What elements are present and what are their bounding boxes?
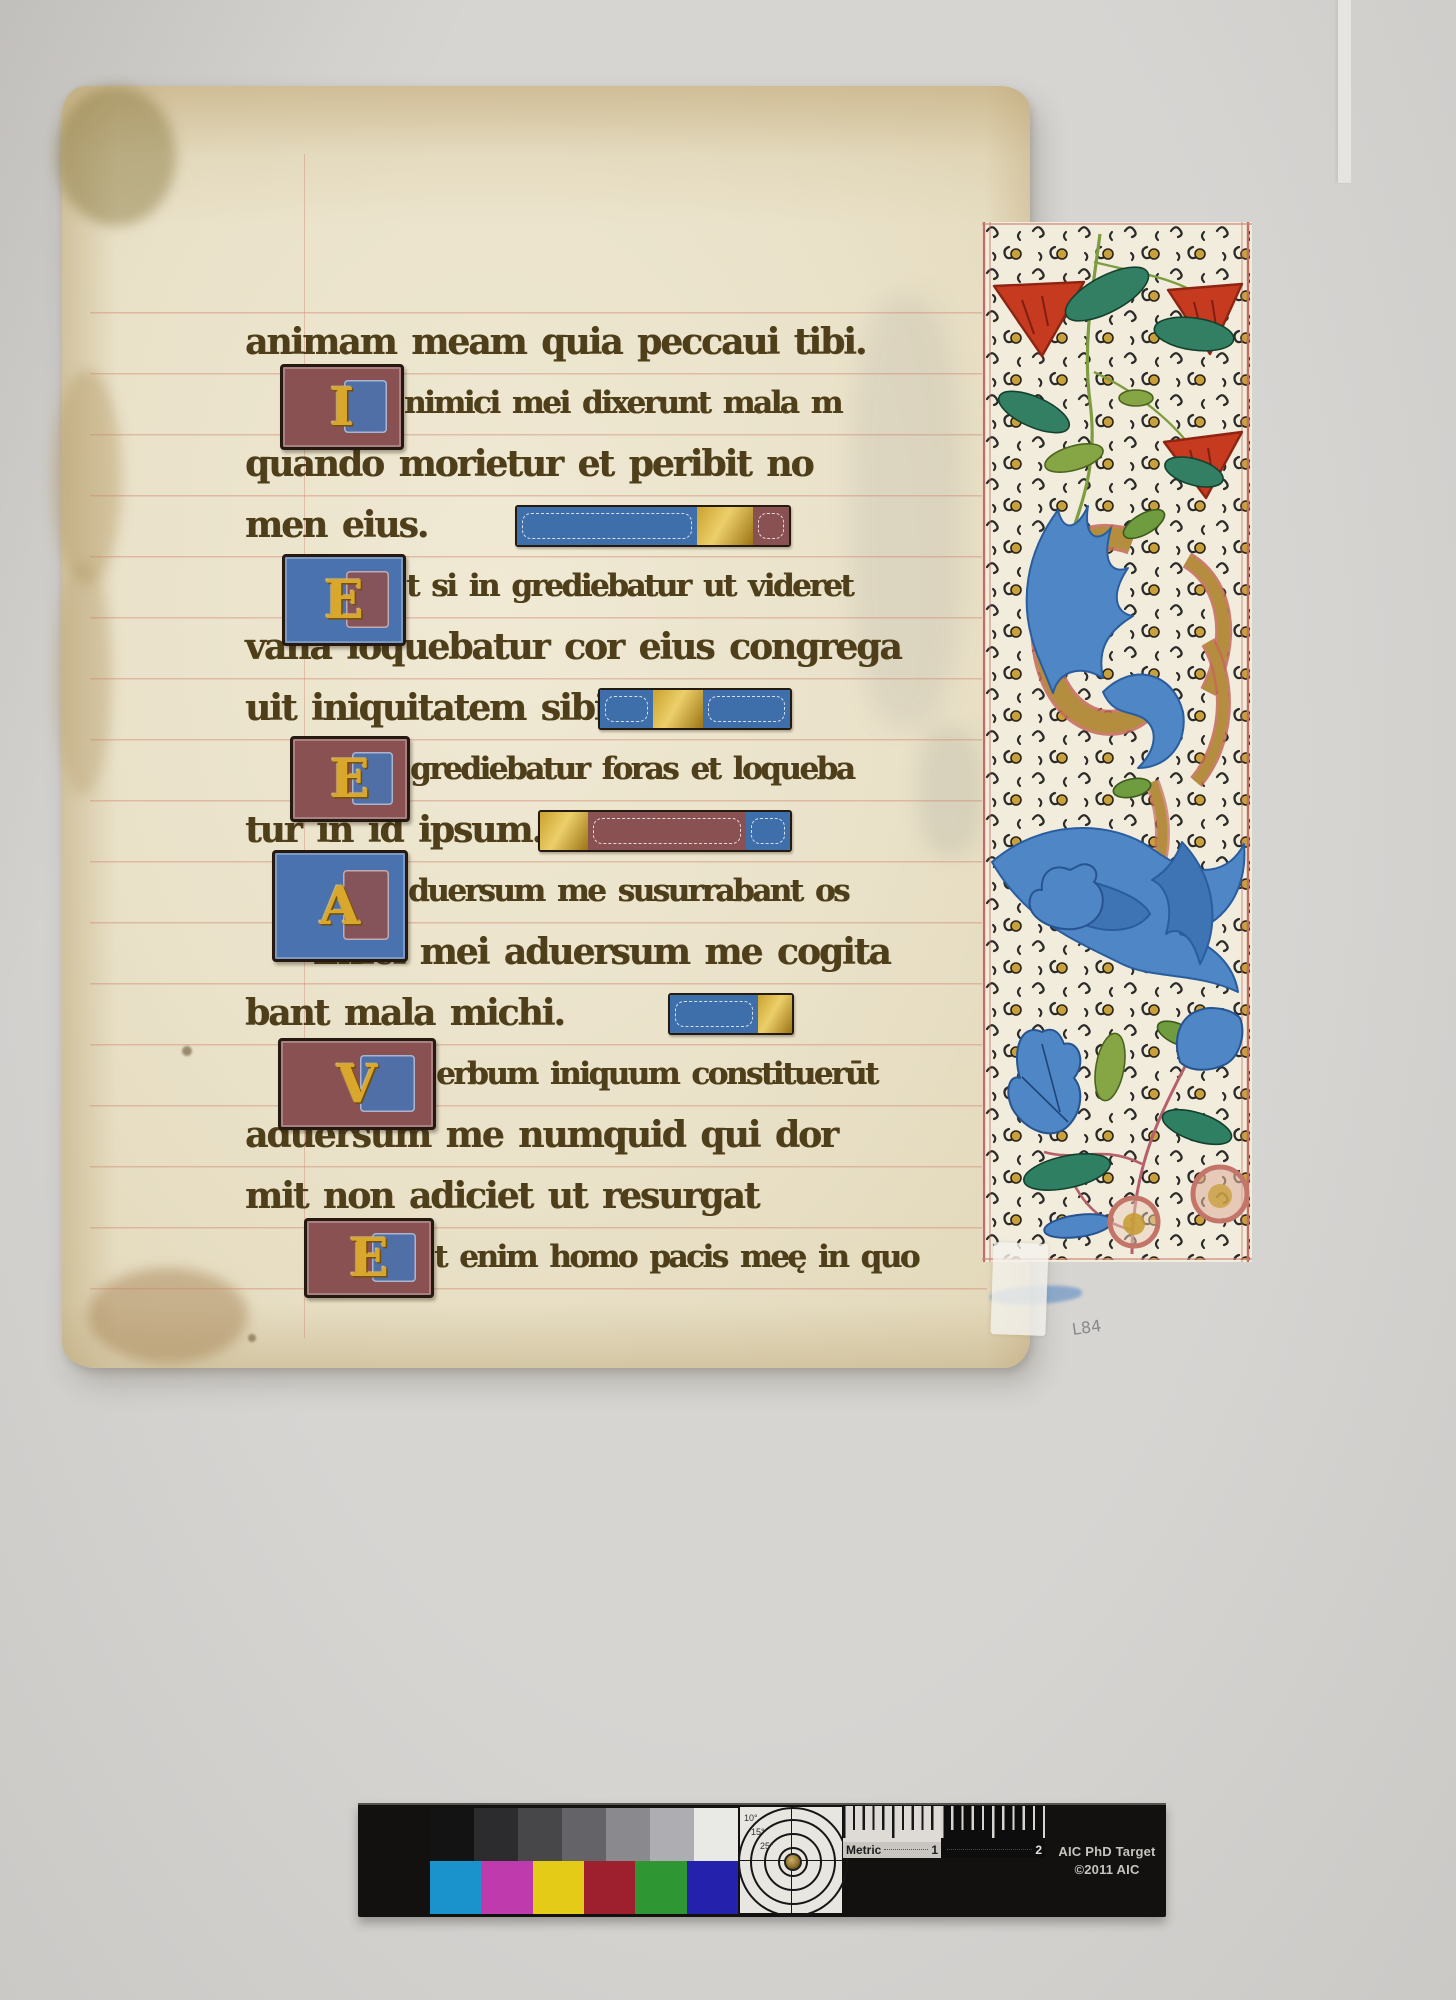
grayscale-patch xyxy=(562,1808,606,1861)
repair-tape xyxy=(990,1242,1048,1336)
target-brand-copyright: ©2011 AIC xyxy=(1074,1862,1139,1877)
pencil-inscription: L84 xyxy=(1071,1316,1103,1339)
ruler-leader-line xyxy=(884,1849,928,1850)
focus-angle-label: 25° xyxy=(760,1841,774,1851)
line-filler-ornament xyxy=(668,993,794,1035)
manuscript-line: men eius. xyxy=(237,499,795,560)
ruler-cm-1: Metric 1 xyxy=(843,1806,941,1858)
illuminated-initial-E: E xyxy=(304,1218,434,1298)
line-filler-ornament xyxy=(538,810,792,852)
grayscale-patch xyxy=(694,1808,738,1861)
manuscript-line-text: men eius. xyxy=(245,504,427,546)
ruler-leader-line xyxy=(947,1849,1032,1850)
focus-center-rivet xyxy=(784,1853,802,1871)
illuminated-initial-A: A xyxy=(272,850,408,962)
initial-letter: A xyxy=(275,853,405,959)
filler-maroon-segment xyxy=(588,812,746,850)
calibration-target: 10° 15° 25° Metric 1 2 AIC PhD Target ©2… xyxy=(358,1803,1166,1917)
filler-gold-segment xyxy=(697,507,753,545)
illuminated-initial-V: V xyxy=(278,1038,436,1130)
grayscale-patch xyxy=(430,1808,474,1861)
photo-scene: animam meam quia peccaui tibi. nimici me… xyxy=(0,0,1456,2000)
focus-angle-label: 15° xyxy=(751,1827,765,1837)
floral-border-art xyxy=(982,222,1252,1262)
illuminated-initial-I: I xyxy=(280,364,404,450)
filler-maroon-segment xyxy=(753,507,789,545)
line-filler-ornament xyxy=(515,505,791,547)
color-patch xyxy=(687,1861,738,1914)
manuscript-line-text: uit iniquitatem sibi. xyxy=(245,687,616,729)
filler-gold-segment xyxy=(540,812,588,850)
manuscript-line-text: bant mala michi. xyxy=(245,992,564,1034)
manuscript-line: uit iniquitatem sibi. xyxy=(237,682,795,743)
ruler-unit-label: Metric xyxy=(846,1843,881,1857)
color-patch xyxy=(481,1861,532,1914)
filler-blue-segment xyxy=(746,812,790,850)
initial-letter: V xyxy=(281,1041,433,1127)
filler-blue-segment xyxy=(670,995,758,1033)
focus-target: 10° 15° 25° xyxy=(740,1807,842,1913)
grayscale-patch xyxy=(650,1808,694,1861)
ruler-label-strip: Metric 1 xyxy=(843,1842,941,1858)
ruler-ticks-major xyxy=(843,1806,941,1838)
initial-letter: I xyxy=(283,367,401,447)
filler-blue-segment xyxy=(517,507,697,545)
target-brand: AIC PhD Target ©2011 AIC xyxy=(1048,1803,1166,1917)
initial-letter: E xyxy=(293,739,407,819)
ruler-number: 1 xyxy=(931,1843,938,1857)
filler-gold-segment xyxy=(653,690,703,728)
illuminated-initial-E: E xyxy=(282,554,406,646)
line-filler-ornament xyxy=(598,688,792,730)
parchment-speck xyxy=(248,1334,256,1342)
grayscale-patch-row xyxy=(430,1808,738,1861)
focus-angle-label: 10° xyxy=(744,1813,758,1823)
ruler-label-strip: 2 xyxy=(941,1842,1045,1858)
filler-gold-segment xyxy=(758,995,792,1033)
target-brand-name: AIC PhD Target xyxy=(1058,1844,1155,1859)
ruler-cm-2: 2 xyxy=(941,1806,1045,1858)
grayscale-patch xyxy=(518,1808,562,1861)
parchment-stain xyxy=(56,86,176,226)
initial-letter: E xyxy=(307,1221,431,1295)
filler-blue-segment xyxy=(600,690,653,728)
grayscale-patch xyxy=(474,1808,518,1861)
color-patch xyxy=(635,1861,686,1914)
color-patch xyxy=(584,1861,635,1914)
color-patch-row xyxy=(430,1861,738,1914)
grayscale-patch xyxy=(606,1808,650,1861)
illuminated-initial-E: E xyxy=(290,736,410,822)
ruler-ticks-major xyxy=(941,1806,1045,1838)
color-patch xyxy=(430,1861,481,1914)
ruler-number: 2 xyxy=(1035,1843,1042,1857)
color-patch xyxy=(533,1861,584,1914)
photo-edge-artifact xyxy=(1338,0,1351,183)
manuscript-leaf: animam meam quia peccaui tibi. nimici me… xyxy=(62,86,1030,1368)
initial-letter: E xyxy=(285,557,403,643)
filler-blue-segment xyxy=(703,690,790,728)
